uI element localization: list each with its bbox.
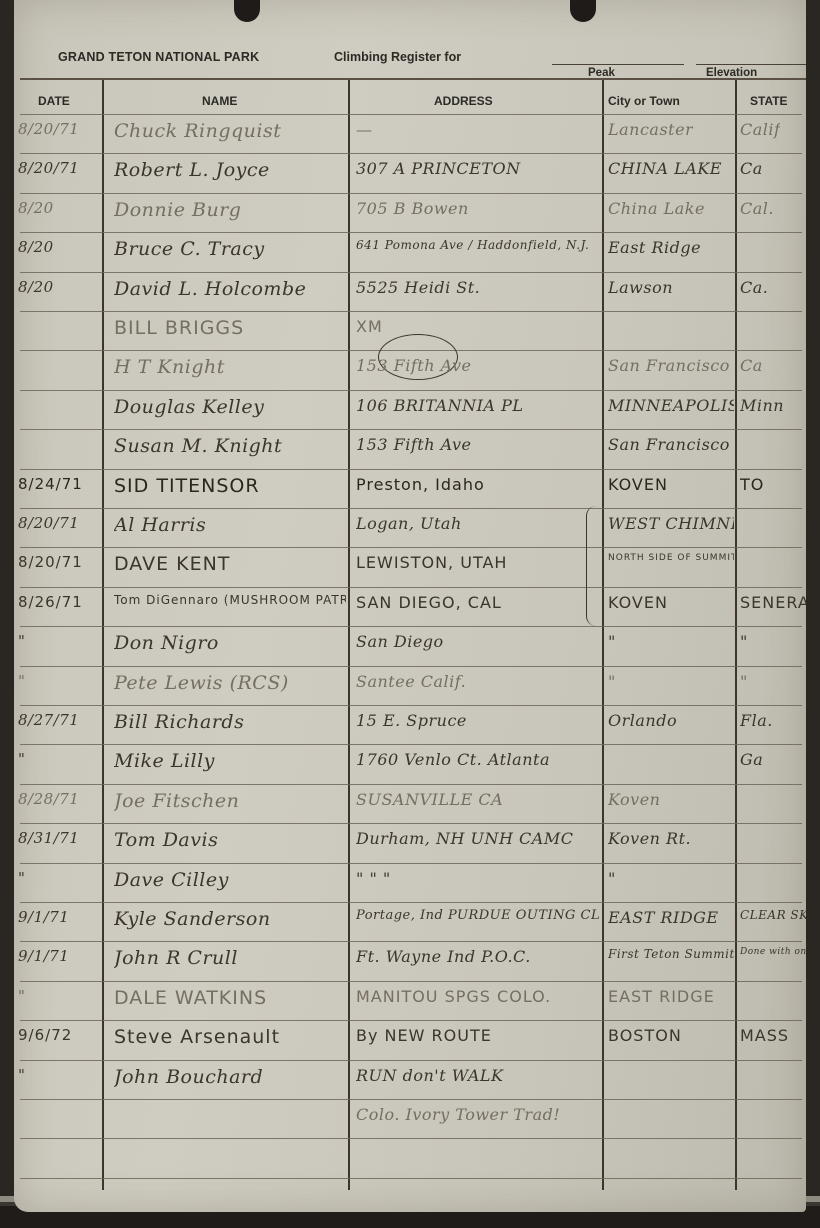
entry-name: David L. Holcombe — [114, 278, 306, 300]
entry-city: KOVEN — [608, 475, 668, 494]
ruled-line — [20, 390, 802, 391]
column-header-city: City or Town — [608, 94, 680, 108]
ruled-line — [20, 153, 802, 154]
entry-name: DALE WATKINS — [114, 987, 267, 1009]
entry-city: Orlando — [608, 711, 677, 730]
entry-state: Minn — [740, 396, 784, 415]
binder-hole — [570, 0, 596, 22]
entry-address: Santee Calif. — [356, 672, 466, 691]
entry-address: 5525 Heidi St. — [356, 278, 480, 297]
ruled-line — [20, 744, 802, 745]
column-header-date: DATE — [38, 94, 70, 108]
ruled-line — [20, 232, 802, 233]
entry-date: 8/20/71 — [18, 553, 83, 571]
column-header-address: ADDRESS — [434, 94, 493, 108]
entry-name: Susan M. Knight — [114, 435, 282, 457]
entry-date: " — [18, 632, 25, 650]
ruled-line — [20, 1138, 802, 1139]
entry-date: 8/27/71 — [18, 711, 79, 729]
ruled-line — [20, 1060, 802, 1061]
entry-address: — — [356, 120, 373, 139]
entry-city: China Lake — [608, 199, 705, 218]
column-divider — [102, 80, 104, 1190]
entry-state: MASS — [740, 1026, 789, 1045]
ruled-line — [20, 114, 802, 115]
entry-address: Preston, Idaho — [356, 475, 485, 494]
entry-state: Calif — [740, 120, 780, 139]
entry-name: Pete Lewis (RCS) — [114, 672, 289, 694]
entry-address: 15 E. Spruce — [356, 711, 467, 730]
entry-name: Kyle Sanderson — [114, 908, 271, 930]
entry-name: Joe Fitschen — [114, 790, 239, 812]
ruled-line — [20, 587, 802, 588]
entry-name: H T Knight — [114, 356, 225, 378]
entry-date: 9/6/72 — [18, 1026, 72, 1044]
entry-address: Colo. Ivory Tower Trad! — [356, 1105, 560, 1124]
entry-city: EAST RIDGE — [608, 987, 715, 1006]
entry-city: NORTH SIDE OF SUMMIT BLOCK — [608, 553, 734, 563]
entry-name: Tom DiGennaro (MUSHROOM PATROL) — [114, 593, 346, 607]
ruled-line — [20, 1020, 802, 1021]
entry-name: BILL BRIGGS — [114, 317, 244, 339]
entry-address: RUN don't WALK — [356, 1066, 504, 1085]
entry-address: 153 Fifth Ave — [356, 356, 472, 375]
entry-name: Steve Arsenault — [114, 1026, 280, 1048]
entry-city: WEST CHIMNEY, — [608, 514, 734, 533]
binder-hole — [234, 0, 260, 22]
entry-address: 307 A PRINCETON — [356, 159, 521, 178]
entry-name: Al Harris — [114, 514, 206, 536]
entry-date: 8/24/71 — [18, 475, 83, 493]
ruled-line — [20, 666, 802, 667]
entry-address: MANITOU SPGS COLO. — [356, 987, 551, 1006]
entry-name: SID TITENSOR — [114, 475, 260, 497]
entry-address: Ft. Wayne Ind P.O.C. — [356, 947, 531, 966]
entry-state: Ga — [740, 750, 763, 769]
entry-city: BOSTON — [608, 1026, 682, 1045]
entry-address: 1760 Venlo Ct. Atlanta — [356, 750, 550, 769]
entry-date: 8/20 — [18, 199, 54, 217]
entry-state: " — [740, 672, 748, 691]
entry-date: 9/1/71 — [18, 908, 69, 926]
entry-city: San Francisco — [608, 435, 730, 454]
entry-date: 8/20 — [18, 278, 54, 296]
entry-date: 8/20/71 — [18, 120, 79, 138]
entry-address: " " " — [356, 869, 391, 888]
entry-city: KOVEN — [608, 593, 668, 612]
entry-date: " — [18, 750, 25, 768]
peak-blank-line — [552, 64, 684, 65]
ruled-line — [20, 508, 802, 509]
ruled-line — [20, 823, 802, 824]
column-divider — [348, 80, 350, 1190]
entry-name: Tom Davis — [114, 829, 218, 851]
ruled-line — [20, 626, 802, 627]
ruled-line — [20, 981, 802, 982]
entry-city: East Ridge — [608, 238, 701, 257]
entry-city: " — [608, 672, 616, 691]
entry-date: 8/26/71 — [18, 593, 83, 611]
route-brace — [586, 506, 601, 626]
ruled-line — [20, 1099, 802, 1100]
entry-name: Douglas Kelley — [114, 396, 264, 418]
column-divider — [735, 80, 737, 1190]
entry-address: Logan, Utah — [356, 514, 462, 533]
entry-date: 8/20 — [18, 238, 54, 256]
entry-date: 8/28/71 — [18, 790, 79, 808]
entry-date: " — [18, 1066, 25, 1084]
ruled-line — [20, 1178, 802, 1179]
entry-name: DAVE KENT — [114, 553, 230, 575]
header-rule — [20, 78, 806, 80]
entry-address: 106 BRITANNIA PL — [356, 396, 523, 415]
entry-date: 8/20/71 — [18, 159, 79, 177]
entry-date: " — [18, 987, 26, 1005]
register-label: Climbing Register for — [334, 50, 461, 64]
entry-name: Bill Richards — [114, 711, 244, 733]
ruled-line — [20, 469, 802, 470]
park-title: GRAND TETON NATIONAL PARK — [58, 50, 259, 64]
entry-name: Donnie Burg — [114, 199, 241, 221]
entry-name: John Bouchard — [114, 1066, 263, 1088]
entry-name: John R Crull — [114, 947, 238, 969]
entry-address: SUSANVILLE CA — [356, 790, 503, 809]
entry-date: 8/31/71 — [18, 829, 79, 847]
entry-city: Lawson — [608, 278, 673, 297]
ruled-line — [20, 311, 802, 312]
entry-address: 705 B Bowen — [356, 199, 469, 218]
entry-city: " — [608, 632, 616, 651]
entry-name: Bruce C. Tracy — [114, 238, 265, 260]
entry-city: Lancaster — [608, 120, 693, 139]
entry-state: Ca. — [740, 278, 768, 297]
entry-state: Fla. — [740, 711, 773, 730]
elevation-blank-line — [696, 64, 806, 65]
entry-address: SAN DIEGO, CAL — [356, 593, 502, 612]
entry-address: 153 Fifth Ave — [356, 435, 472, 454]
entry-state: Ca — [740, 356, 763, 375]
entry-city: First Teton Summit — [608, 947, 734, 961]
entry-state: Done with one pitch — [740, 947, 806, 957]
ruled-line — [20, 902, 802, 903]
entry-address: San Diego — [356, 632, 444, 651]
entry-date: " — [18, 672, 25, 690]
entry-name: Robert L. Joyce — [114, 159, 270, 181]
ruled-line — [20, 547, 802, 548]
entry-city: Koven Rt. — [608, 829, 691, 848]
entry-date: " — [18, 869, 25, 887]
entry-name: Don Nigro — [114, 632, 219, 654]
entry-date: 8/20/71 — [18, 514, 79, 532]
entry-address: LEWISTON, UTAH — [356, 553, 507, 572]
entry-state: TO — [740, 475, 764, 494]
entry-name: Mike Lilly — [114, 750, 215, 772]
entry-address: 641 Pomona Ave / Haddonfield, N.J. — [356, 238, 589, 252]
column-header-name: NAME — [202, 94, 237, 108]
entry-city: San Francisco — [608, 356, 730, 375]
entry-name: Chuck Ringquist — [114, 120, 281, 142]
column-header-state: STATE — [750, 94, 788, 108]
ruled-line — [20, 429, 802, 430]
entry-city: Koven — [608, 790, 660, 809]
entry-city: " — [608, 869, 616, 888]
entry-name: Dave Cilley — [114, 869, 229, 891]
ruled-line — [20, 784, 802, 785]
ruled-line — [20, 863, 802, 864]
ruled-line — [20, 705, 802, 706]
register-sheet: GRAND TETON NATIONAL PARK Climbing Regis… — [14, 0, 806, 1212]
entry-date: 9/1/71 — [18, 947, 69, 965]
column-divider — [602, 80, 604, 1190]
entry-address: Durham, NH UNH CAMC — [356, 829, 573, 848]
entry-address: By NEW ROUTE — [356, 1026, 492, 1045]
entry-city: CHINA LAKE — [608, 159, 722, 178]
entry-address: Portage, Ind PURDUE OUTING CLUB — [356, 908, 600, 923]
entry-state: SENERAL — [740, 593, 806, 612]
entry-state: CLEAR SKY — [740, 908, 806, 922]
entry-city: MINNEAPOLIS — [608, 396, 734, 415]
entry-address: XM — [356, 317, 383, 336]
ruled-line — [20, 272, 802, 273]
entry-city: EAST RIDGE — [608, 908, 719, 927]
entry-state: " — [740, 632, 748, 651]
entry-state: Ca — [740, 159, 763, 178]
ruled-line — [20, 193, 802, 194]
entry-state: Cal. — [740, 199, 774, 218]
ruled-line — [20, 941, 802, 942]
